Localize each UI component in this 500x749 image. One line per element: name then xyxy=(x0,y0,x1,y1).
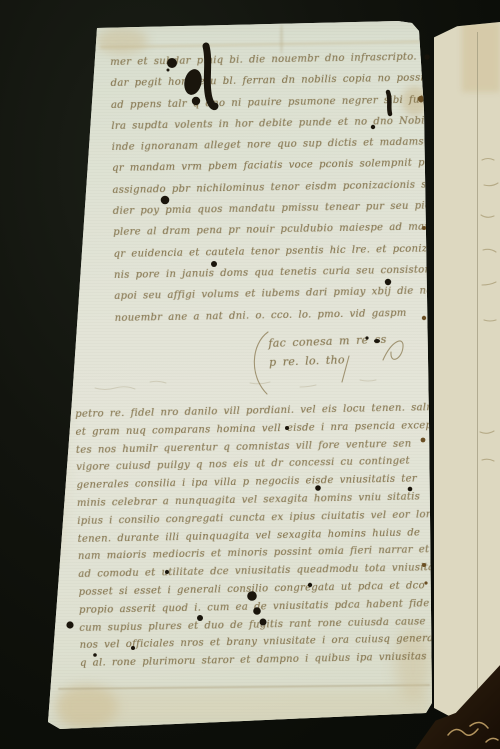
pen-flourishes xyxy=(42,332,403,452)
manuscript-line: generales consilia i ipa villa p negocii… xyxy=(76,470,472,495)
manuscript-line: nos vel officiales nros et brany vniusit… xyxy=(79,630,475,655)
manuscript-line: p re. lo. tho xyxy=(269,349,388,372)
fold-crease xyxy=(280,24,283,54)
manuscript-line: ad comodu et utilitate dce vniusitatis q… xyxy=(78,559,474,584)
ink-stroke xyxy=(206,46,215,107)
manuscript-line: nam maioris mediocris et minoris possint… xyxy=(78,541,474,566)
ink-stroke xyxy=(388,92,390,114)
ink-flecks xyxy=(52,115,412,657)
manuscript-line: ipius i consilio congregati cuncta ex ip… xyxy=(77,505,473,530)
paper-seam xyxy=(100,40,420,49)
photo-canvas: mer et subdar pmiq bi. die nouembr dno i… xyxy=(0,0,500,749)
manuscript-line: fac conesa m re ss xyxy=(268,330,387,353)
manuscript-line: petro re. fidel nro danilo vill pordiani… xyxy=(75,398,471,423)
manuscript-line: cum supius plures et duo de fugitis rant… xyxy=(79,612,475,637)
fold-crease xyxy=(58,684,430,690)
manuscript-line: tenen. durante illi quinquagita vel sexa… xyxy=(77,523,473,548)
manuscript-line: minis celebrar a nunquagita vel sexagita… xyxy=(77,487,473,512)
manuscript-line: q al. rone plurimoru staror et dampno i … xyxy=(80,648,476,673)
manuscript-line: tes nos humilr querentur q comnistas vil… xyxy=(76,434,472,459)
bleed-through-marks xyxy=(95,380,376,390)
chancery-note: fac conesa m re ssp re. lo. tho xyxy=(268,330,388,372)
stain xyxy=(56,686,118,728)
stain xyxy=(96,28,148,54)
lower-text-block: petro re. fidel nro danilo vill pordiani… xyxy=(75,398,475,672)
manuscript-line: propio asserit quod i. cum ea de vniusit… xyxy=(79,594,475,619)
manuscript-line: vigore cuiusd puilgy q nos eis ut dr con… xyxy=(76,452,472,477)
manuscript-line: et gram nuq comparans homina vell eisde … xyxy=(75,416,471,441)
ink-blot-cluster xyxy=(167,58,205,105)
stain xyxy=(395,628,431,700)
manuscript-line: posset si esset i generali consilio cong… xyxy=(78,576,474,601)
